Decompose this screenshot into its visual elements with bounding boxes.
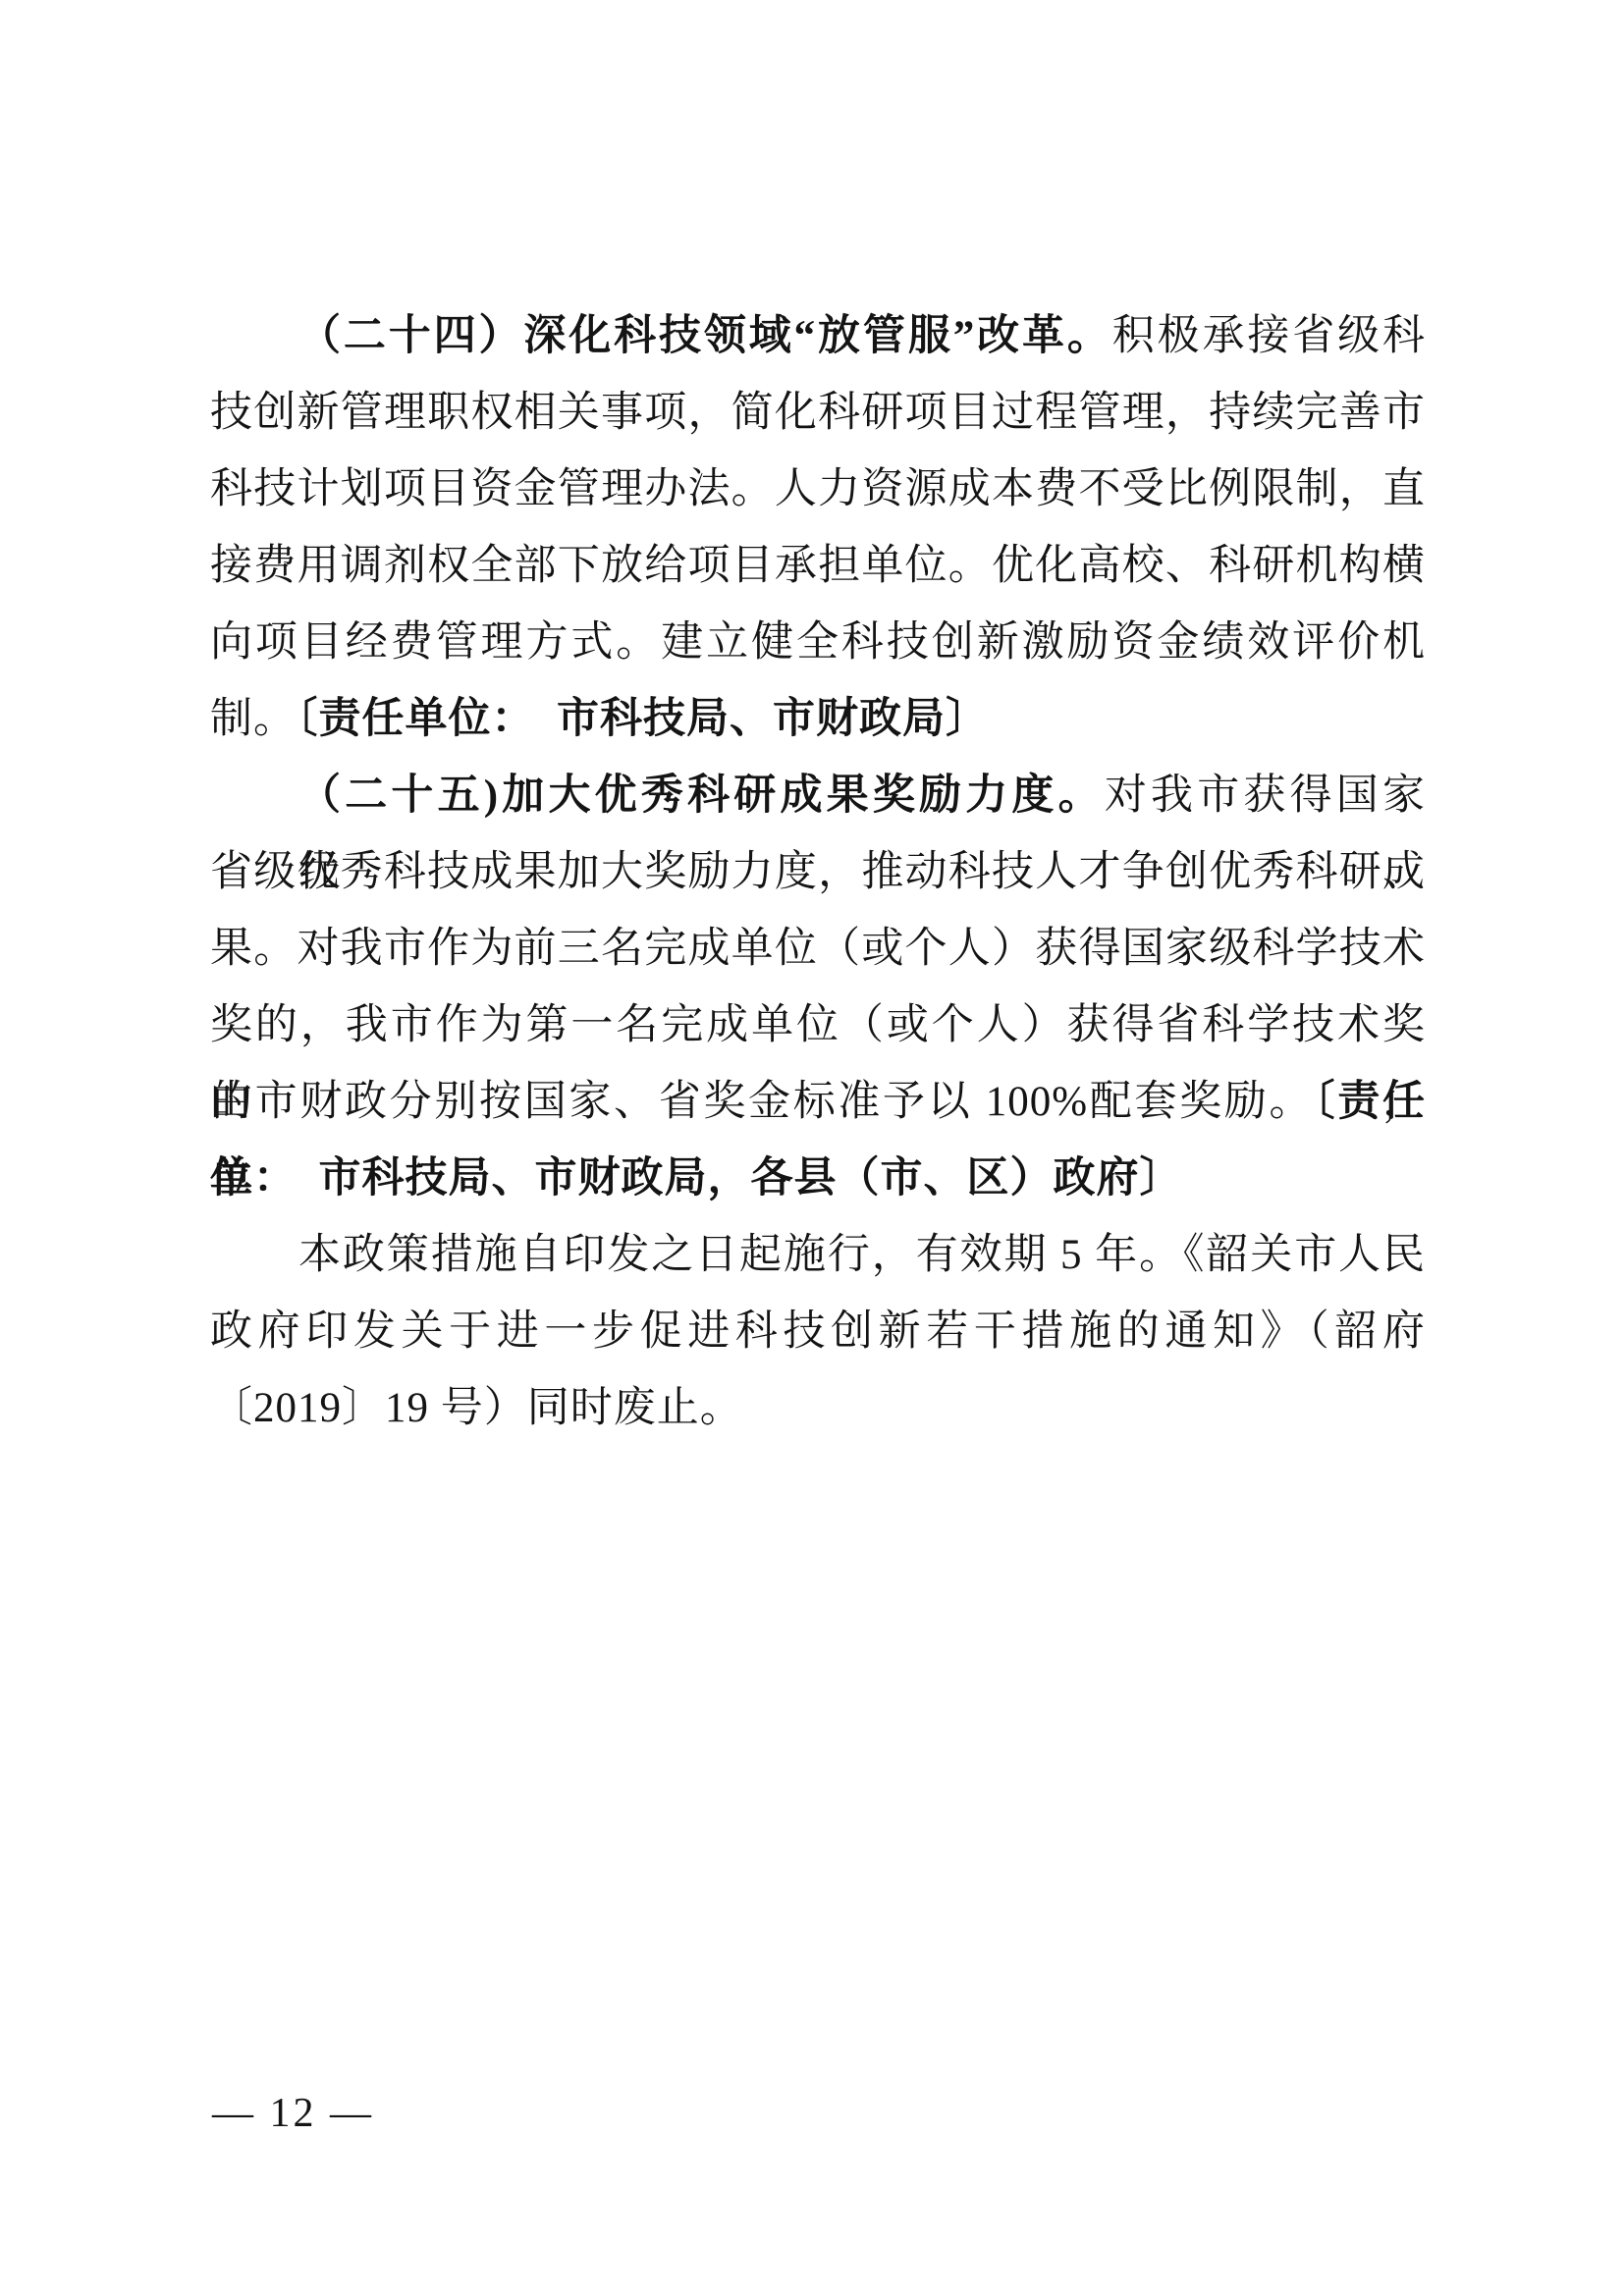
text-segment-fangsong: 向项目经费管理方式。建立健全科技创新激励资金绩效评价机 [210, 619, 1426, 666]
text-line: 由市财政分别按国家、省奖金标准予以 100%配套奖励。〔责任单 [210, 1064, 1426, 1141]
text-segment-fangsong: 积极承接省级科 [1112, 313, 1426, 359]
text-segment-fangsong: 科技计划项目资金管理办法。人力资源成本费不受比例限制，直 [210, 466, 1426, 512]
text-segment-fangsong: 省级优秀科技成果加大奖励力度，推动科技人才争创优秀科研成 [210, 849, 1426, 895]
text-line: 省级优秀科技成果加大奖励力度，推动科技人才争创优秀科研成 [210, 834, 1426, 911]
text-line: （二十五)加大优秀科研成果奖励力度。对我市获得国家级、 [210, 758, 1426, 834]
text-line: 本政策措施自印发之日起施行，有效期 5 年。《韶关市人民 [210, 1217, 1426, 1294]
text-segment-kai: 位： 市科技局、市财政局，各县（市、区）政府〕 [210, 1155, 1183, 1201]
text-line: （二十四）深化科技领域“放管服”改革。积极承接省级科 [210, 298, 1426, 375]
text-line: 〔2019〕19 号）同时废止。 [210, 1370, 1426, 1447]
document-page: （二十四）深化科技领域“放管服”改革。积极承接省级科技创新管理职权相关事项，简化… [0, 0, 1624, 2296]
text-line: 奖的，我市作为第一名完成单位（或个人）获得省科学技术奖的， [210, 988, 1426, 1064]
text-block: （二十四）深化科技领域“放管服”改革。积极承接省级科技创新管理职权相关事项，简化… [210, 298, 1426, 1447]
text-segment-kai: 〔责任单位： 市科技局、市财政局〕 [297, 696, 989, 742]
text-segment-kai: （二十四）深化科技领域“放管服”改革。 [298, 313, 1112, 359]
text-line: 位： 市科技局、市财政局，各县（市、区）政府〕 [210, 1141, 1426, 1217]
text-line: 政府印发关于进一步促进科技创新若干措施的通知》（韶府 [210, 1294, 1426, 1370]
text-line: 技创新管理职权相关事项，简化科研项目过程管理，持续完善市 [210, 375, 1426, 452]
text-segment-fangsong: 由市财政分别按国家、省奖金标准予以 100%配套奖励。 [210, 1079, 1314, 1125]
text-segment-fangsong: 接费用调剂权全部下放给项目承担单位。优化高校、科研机构横 [210, 543, 1426, 589]
text-segment-fangsong: 技创新管理职权相关事项，简化科研项目过程管理，持续完善市 [210, 390, 1426, 436]
text-segment-fangsong: 〔2019〕19 号）同时废止。 [210, 1385, 743, 1431]
text-line: 果。对我市作为前三名完成单位（或个人）获得国家级科学技术 [210, 911, 1426, 988]
text-segment-fangsong: 政府印发关于进一步促进科技创新若干措施的通知》（韶府 [210, 1308, 1426, 1355]
text-segment-fangsong: 制。 [210, 696, 297, 742]
text-segment-fangsong: 果。对我市作为前三名完成单位（或个人）获得国家级科学技术 [210, 926, 1426, 972]
text-line: 科技计划项目资金管理办法。人力资源成本费不受比例限制，直 [210, 452, 1426, 528]
text-segment-kai: （二十五)加大优秀科研成果奖励力度。 [298, 773, 1105, 819]
text-segment-fangsong: 本政策措施自印发之日起施行，有效期 5 年。《韶关市人民 [298, 1232, 1426, 1278]
text-line: 向项目经费管理方式。建立健全科技创新激励资金绩效评价机 [210, 605, 1426, 681]
text-line: 接费用调剂权全部下放给项目承担单位。优化高校、科研机构横 [210, 528, 1426, 605]
text-line: 制。〔责任单位： 市科技局、市财政局〕 [210, 681, 1426, 758]
page-number: — 12 — [212, 2089, 374, 2138]
